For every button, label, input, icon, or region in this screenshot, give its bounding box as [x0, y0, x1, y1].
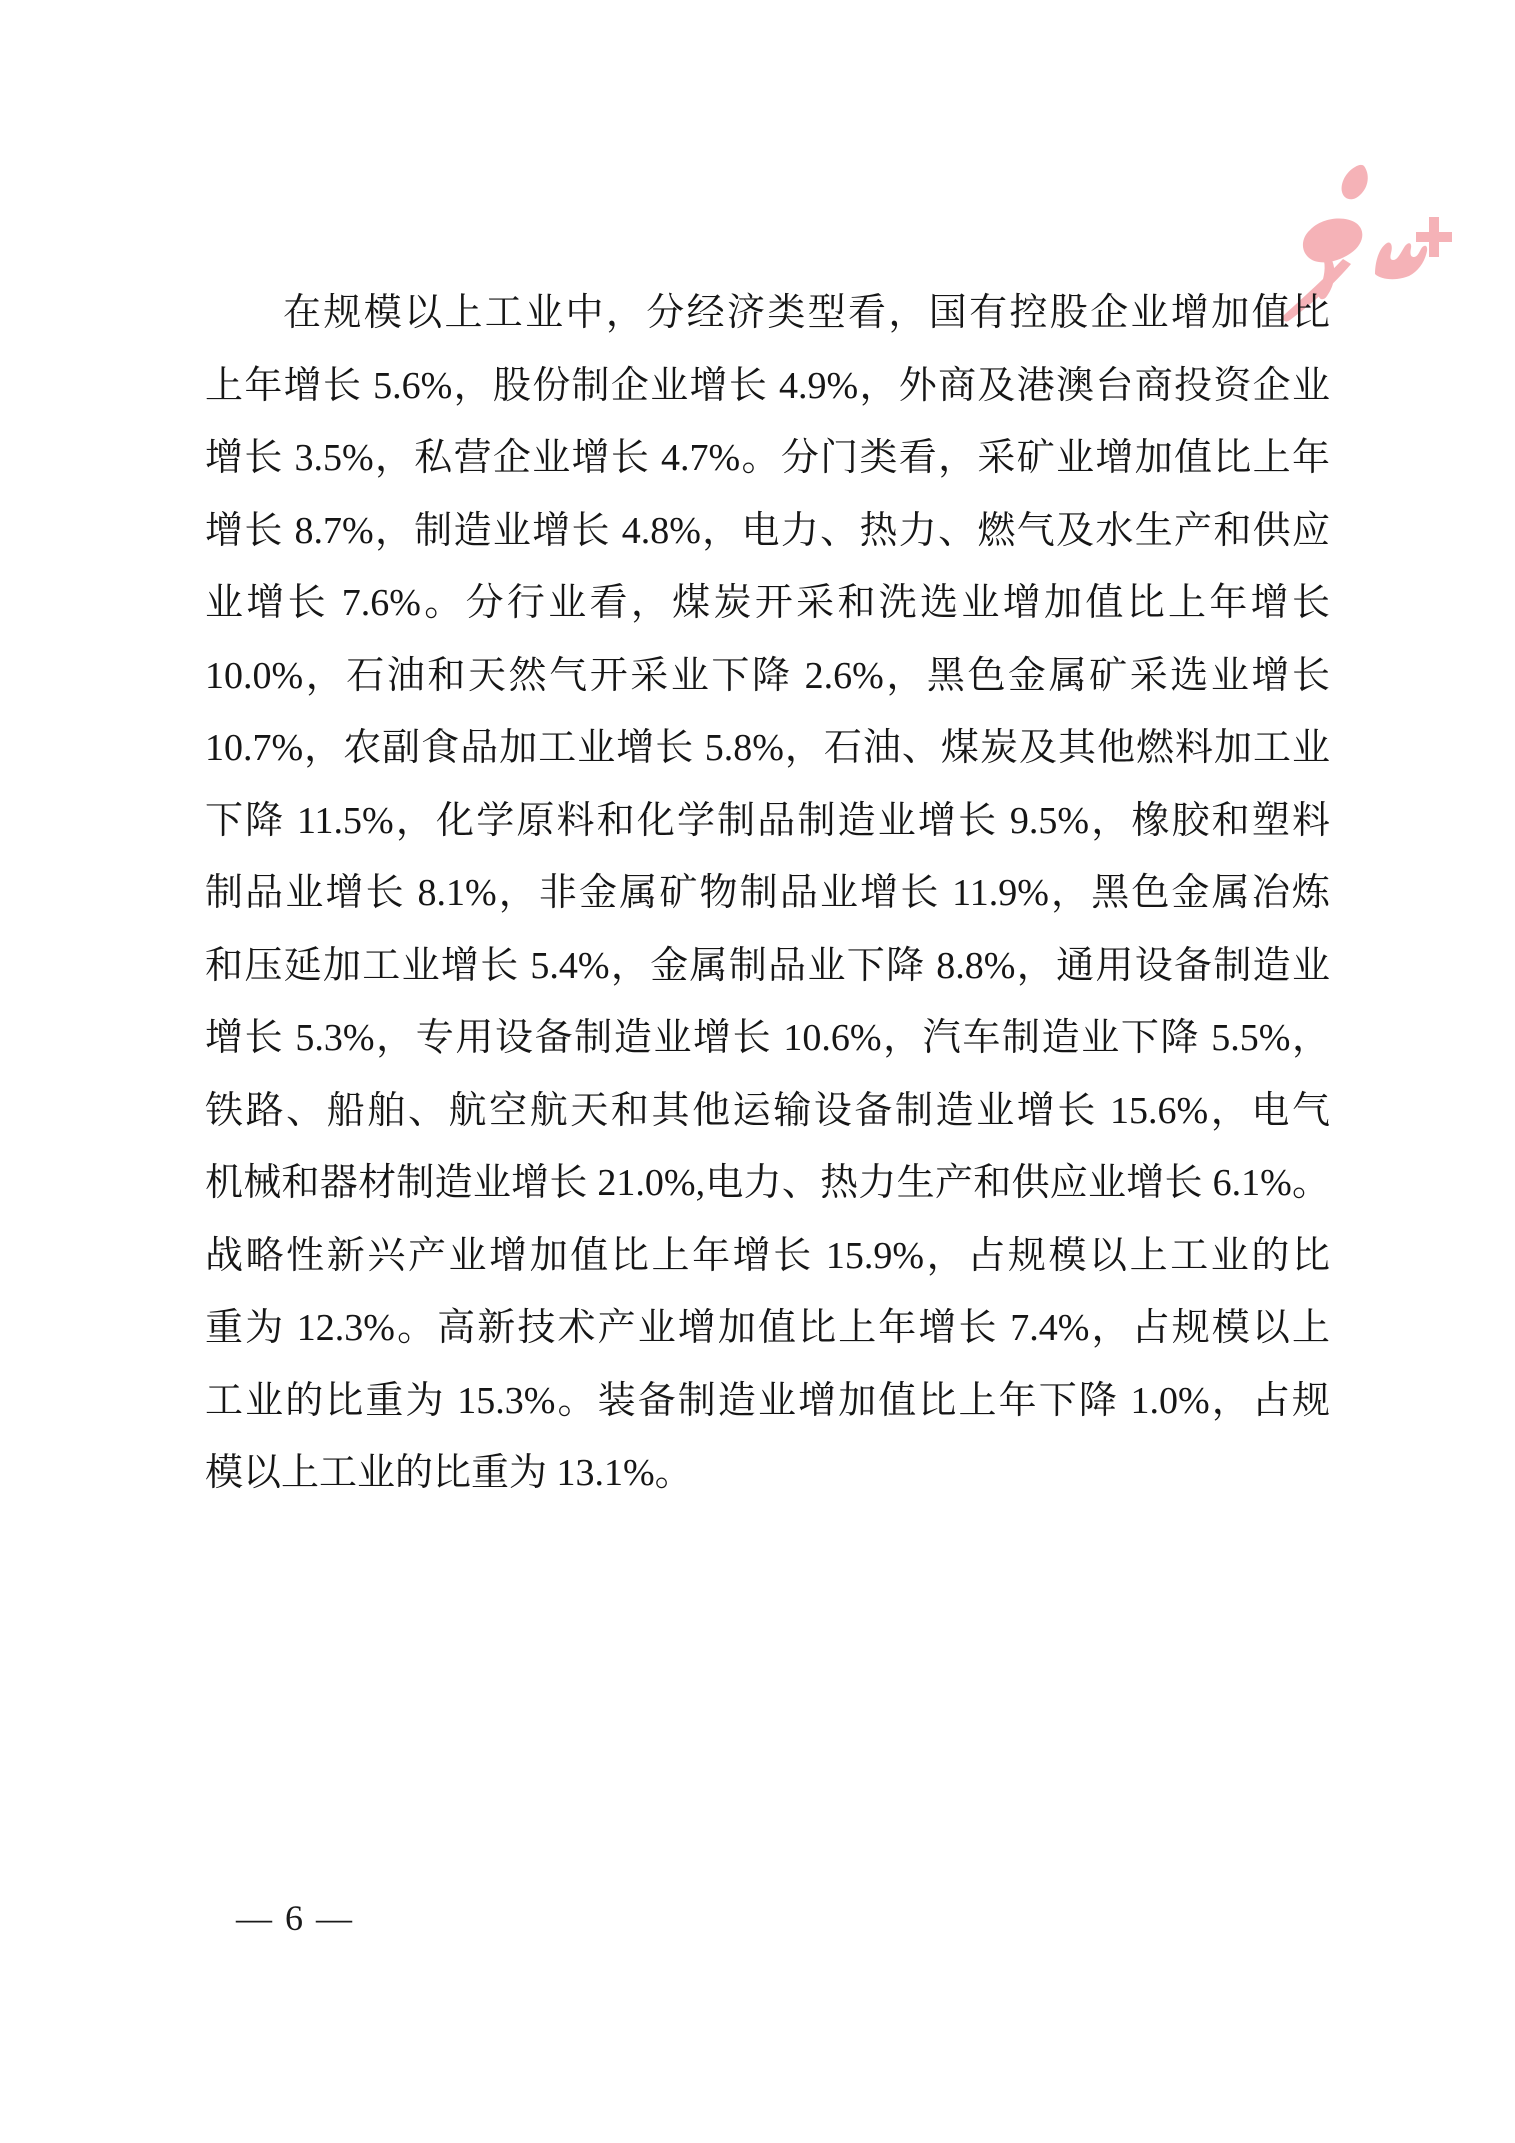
page-number: — 6 —	[236, 1898, 354, 1938]
paragraph-line: 制品业增长 8.1%，非金属矿物制品业增长 11.9%，黑色金属冶炼	[205, 857, 1330, 930]
paragraph-line: 重为 12.3%。高新技术产业增加值比上年增长 7.4%，占规模以上	[205, 1292, 1330, 1365]
paragraph-line: 模以上工业的比重为 13.1%。	[205, 1437, 1330, 1510]
paragraph-line: 10.0%，石油和天然气开采业下降 2.6%，黑色金属矿采选业增长	[205, 640, 1330, 713]
logo-stroke	[1342, 165, 1368, 199]
paragraph-line: 铁路、船舶、航空航天和其他运输设备制造业增长 15.6%，电气	[205, 1075, 1330, 1148]
paragraph-line: 业增长 7.6%。分行业看，煤炭开采和洗选业增加值比上年增长	[205, 567, 1330, 640]
paragraph-line: 上年增长 5.6%，股份制企业增长 4.9%，外商及港澳台商投资企业	[205, 350, 1330, 423]
paragraph-line: 增长 3.5%，私营企业增长 4.7%。分门类看，采矿业增加值比上年	[205, 422, 1330, 495]
body-paragraph: 在规模以上工业中，分经济类型看，国有控股企业增加值比 上年增长 5.6%，股份制…	[205, 277, 1330, 1510]
logo-stroke	[1303, 219, 1362, 263]
paragraph-line: 增长 8.7%，制造业增长 4.8%，电力、热力、燃气及水生产和供应	[205, 495, 1330, 568]
paragraph-line: 和压延加工业增长 5.4%，金属制品业下降 8.8%，通用设备制造业	[205, 930, 1330, 1003]
logo-stroke	[1375, 243, 1427, 280]
document-page: 在规模以上工业中，分经济类型看，国有控股企业增加值比 上年增长 5.6%，股份制…	[0, 0, 1515, 2143]
paragraph-line: 增长 5.3%，专用设备制造业增长 10.6%，汽车制造业下降 5.5%，	[205, 1002, 1330, 1075]
paragraph-line: 机械和器材制造业增长 21.0%,电力、热力生产和供应业增长 6.1%。	[205, 1147, 1330, 1220]
paragraph-line: 10.7%，农副食品加工业增长 5.8%，石油、煤炭及其他燃料加工业	[205, 712, 1330, 785]
paragraph-line: 战略性新兴产业增加值比上年增长 15.9%，占规模以上工业的比	[205, 1220, 1330, 1293]
paragraph-line: 在规模以上工业中，分经济类型看，国有控股企业增加值比	[205, 277, 1330, 350]
paragraph-line: 工业的比重为 15.3%。装备制造业增加值比上年下降 1.0%，占规	[205, 1365, 1330, 1438]
paragraph-line: 下降 11.5%，化学原料和化学制品制造业增长 9.5%，橡胶和塑料	[205, 785, 1330, 858]
